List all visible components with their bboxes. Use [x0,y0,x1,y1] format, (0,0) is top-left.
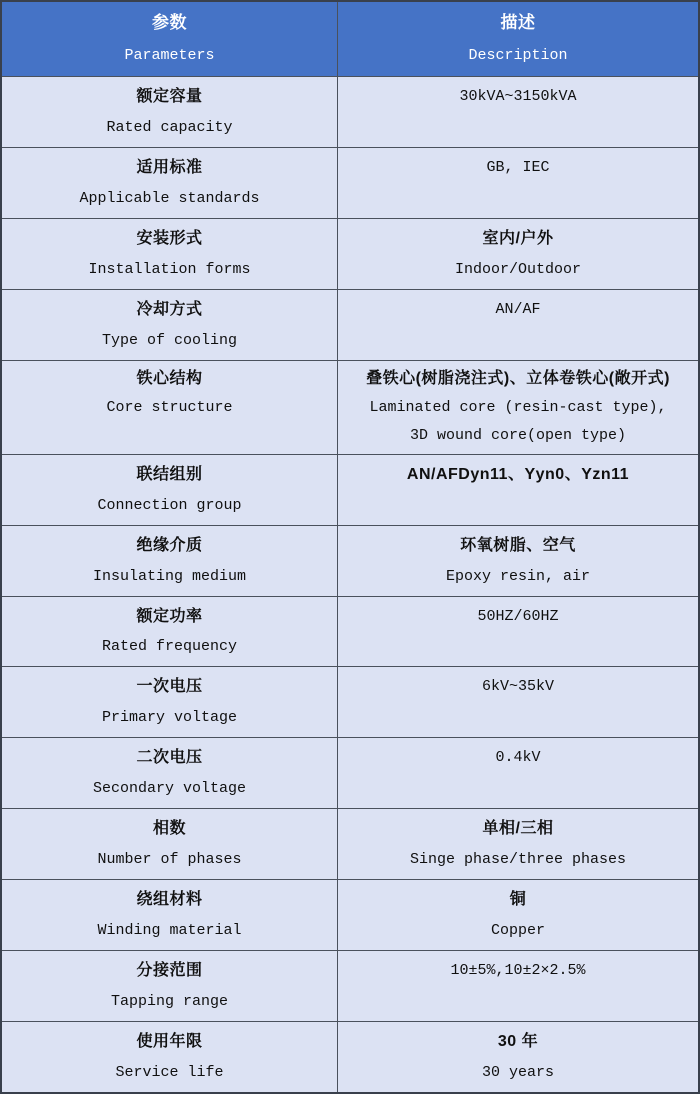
param-cell: 相数Number of phases [2,809,337,879]
desc-cell: AN/AF [337,290,698,360]
table-row: 额定容量Rated capacity 30kVA~3150kVA [2,76,698,147]
param-name-en: Installation forms [88,260,250,279]
table-row: 适用标准Applicable standards GB, IEC [2,147,698,218]
desc-cell: 铜Copper [337,880,698,950]
param-cell: 安装形式Installation forms [2,219,337,289]
param-name-zh: 额定容量 [136,87,202,106]
desc-line: 叠铁心(树脂浇注式)、立体卷铁心(敞开式) [366,369,670,388]
desc-cell: 10±5%,10±2×2.5% [337,951,698,1021]
param-name-zh: 使用年限 [136,1032,202,1051]
param-cell: 二次电压Secondary voltage [2,738,337,808]
param-name-zh: 联结组别 [136,465,202,484]
desc-line: Singe phase/three phases [410,850,626,869]
desc-cell: AN/AFDyn11、Yyn0、Yzn11 [337,455,698,525]
desc-line: AN/AFDyn11、Yyn0、Yzn11 [407,465,629,484]
desc-line: Laminated core (resin-cast type), [369,398,666,417]
param-cell: 一次电压Primary voltage [2,667,337,737]
desc-line: 30kVA~3150kVA [459,87,576,106]
table-row: 额定功率Rated frequency 50HZ/60HZ [2,596,698,667]
table-row: 冷却方式Type of cooling AN/AF [2,289,698,360]
desc-line: 30 年 [498,1032,538,1051]
param-cell: 分接范围Tapping range [2,951,337,1021]
table-row: 联结组别Connection group AN/AFDyn11、Yyn0、Yzn… [2,454,698,525]
param-name-en: Rated capacity [106,118,232,137]
param-name-en: Type of cooling [102,331,237,350]
param-cell: 联结组别Connection group [2,455,337,525]
header-desc-cell: 描述 Description [337,2,698,76]
param-cell: 额定容量Rated capacity [2,77,337,147]
table-row: 二次电压Secondary voltage 0.4kV [2,737,698,808]
desc-cell: 叠铁心(树脂浇注式)、立体卷铁心(敞开式)Laminated core (res… [337,361,698,454]
desc-line: Copper [491,921,545,940]
param-name-en: Number of phases [97,850,241,869]
desc-cell: 单相/三相Singe phase/three phases [337,809,698,879]
param-name-en: Rated frequency [102,637,237,656]
desc-line: 30 years [482,1063,554,1082]
param-name-en: Applicable standards [79,189,259,208]
param-name-en: Winding material [97,921,241,940]
desc-line: GB, IEC [486,158,549,177]
header-param-label-en: Parameters [124,46,214,65]
param-name-zh: 铁心结构 [136,369,202,388]
desc-line: Indoor/Outdoor [455,260,581,279]
desc-line: 环氧树脂、空气 [460,536,576,555]
param-name-zh: 相数 [153,819,186,838]
desc-cell: 环氧树脂、空气Epoxy resin, air [337,526,698,596]
header-param-label-zh: 参数 [152,13,187,32]
table-row: 绕组材料Winding material 铜Copper [2,879,698,950]
table-row: 分接范围Tapping range 10±5%,10±2×2.5% [2,950,698,1021]
table-header-row: 参数 Parameters 描述 Description [2,2,698,76]
header-param-cell: 参数 Parameters [2,2,337,76]
param-name-zh: 二次电压 [136,748,202,767]
desc-line: 单相/三相 [483,819,554,838]
param-name-zh: 分接范围 [136,961,202,980]
table-row: 使用年限Service life 30 年30 years [2,1021,698,1092]
table-row: 安装形式Installation forms 室内/户外Indoor/Outdo… [2,218,698,289]
desc-line: Epoxy resin, air [446,567,590,586]
param-name-zh: 额定功率 [136,607,202,626]
table-row: 一次电压Primary voltage 6kV~35kV [2,666,698,737]
param-name-en: Tapping range [111,992,228,1011]
param-cell: 铁心结构Core structure [2,361,337,454]
desc-line: 铜 [510,890,527,909]
param-cell: 绝缘介质Insulating medium [2,526,337,596]
desc-cell: 6kV~35kV [337,667,698,737]
param-name-zh: 适用标准 [136,158,202,177]
param-name-zh: 绕组材料 [136,890,202,909]
desc-line: 10±5%,10±2×2.5% [450,961,585,980]
desc-line: 室内/户外 [483,229,554,248]
param-name-zh: 绝缘介质 [136,536,202,555]
param-name-zh: 一次电压 [136,677,202,696]
table-row: 相数Number of phases 单相/三相Singe phase/thre… [2,808,698,879]
param-name-en: Service life [115,1063,223,1082]
desc-cell: GB, IEC [337,148,698,218]
param-name-en: Insulating medium [93,567,246,586]
param-name-en: Secondary voltage [93,779,246,798]
table-row: 绝缘介质Insulating medium 环氧树脂、空气Epoxy resin… [2,525,698,596]
desc-line: 3D wound core(open type) [410,426,626,445]
desc-cell: 室内/户外Indoor/Outdoor [337,219,698,289]
desc-cell: 30 年30 years [337,1022,698,1092]
desc-line: 0.4kV [495,748,540,767]
desc-line: 50HZ/60HZ [477,607,558,626]
param-cell: 适用标准Applicable standards [2,148,337,218]
table-row: 铁心结构Core structure 叠铁心(树脂浇注式)、立体卷铁心(敞开式)… [2,360,698,454]
param-cell: 使用年限Service life [2,1022,337,1092]
desc-line: 6kV~35kV [482,677,554,696]
param-cell: 绕组材料Winding material [2,880,337,950]
header-desc-label-en: Description [468,46,567,65]
param-name-zh: 安装形式 [136,229,202,248]
desc-cell: 50HZ/60HZ [337,597,698,667]
param-name-en: Core structure [106,398,232,417]
param-cell: 额定功率Rated frequency [2,597,337,667]
desc-line: AN/AF [495,300,540,319]
desc-cell: 30kVA~3150kVA [337,77,698,147]
param-name-en: Primary voltage [102,708,237,727]
spec-table: 参数 Parameters 描述 Description 额定容量Rated c… [0,0,700,1094]
param-cell: 冷却方式Type of cooling [2,290,337,360]
param-name-zh: 冷却方式 [136,300,202,319]
param-name-en: Connection group [97,496,241,515]
desc-cell: 0.4kV [337,738,698,808]
header-desc-label-zh: 描述 [501,13,536,32]
